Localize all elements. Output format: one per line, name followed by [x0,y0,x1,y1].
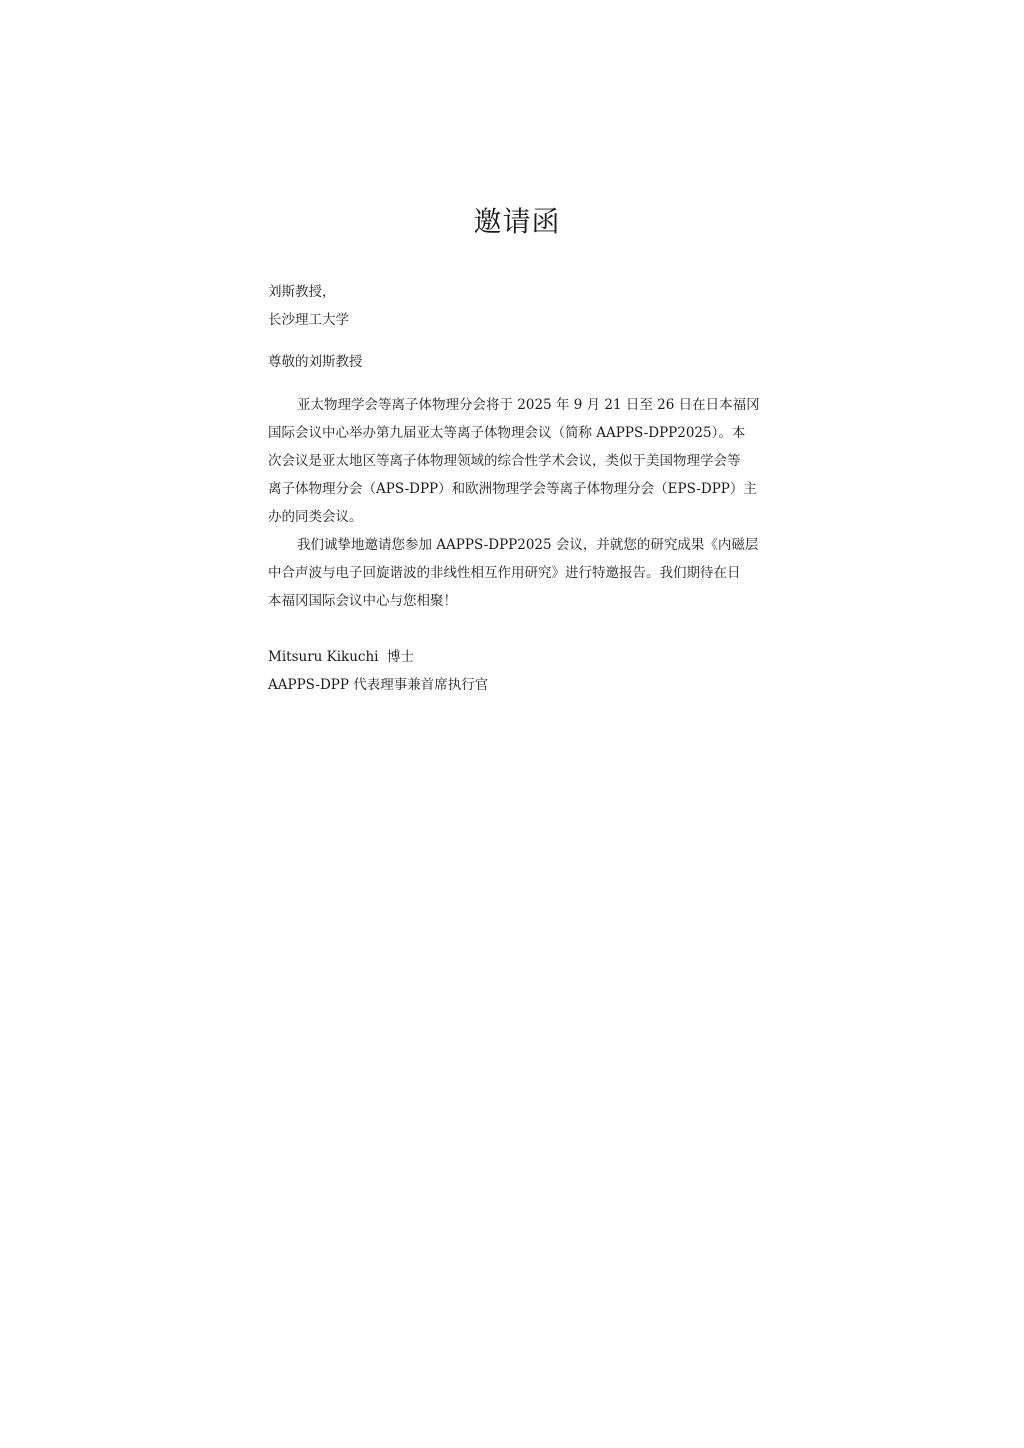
paragraph-line: 亚太物理学会等离子体物理分会将于 2025 年 9 月 21 日至 26 日在日… [268,391,768,419]
signatory-position: AAPPS-DPP 代表理事兼首席执行官 [268,671,768,699]
paragraph-line: 办的同类会议。 [268,503,768,531]
paragraph-line: 本福冈国际会议中心与您相聚！ [268,587,768,615]
signatory-name: Mitsuru Kikuchi 博士 [268,643,768,671]
paragraph-line: 我们诚挚地邀请您参加 AAPPS-DPP2025 会议，并就您的研究成果《内磁层 [268,531,768,559]
salutation-block: 尊敬的刘斯教授 [268,348,768,376]
paragraph-line: 离子体物理分会（APS-DPP）和欧洲物理学会等离子体物理分会（EPS-DPP）… [268,475,768,503]
recipient-block: 刘斯教授， 长沙理工大学 [268,278,768,334]
recipient-name: 刘斯教授， [268,278,768,306]
recipient-affiliation: 长沙理工大学 [268,306,768,334]
paragraph-line: 次会议是亚太地区等离子体物理领域的综合性学术会议，类似于美国物理学会等 [268,447,768,475]
body-paragraph-2: 我们诚挚地邀请您参加 AAPPS-DPP2025 会议，并就您的研究成果《内磁层… [268,531,768,615]
signature-block: Mitsuru Kikuchi 博士 AAPPS-DPP 代表理事兼首席执行官 [268,643,768,699]
paragraph-line: 中合声波与电子回旋谐波的非线性相互作用研究》进行特邀报告。我们期待在日 [268,559,768,587]
document-title: 邀请函 [0,203,1024,241]
salutation: 尊敬的刘斯教授 [268,348,768,376]
paragraph-line: 国际会议中心举办第九届亚太等离子体物理会议（简称 AAPPS-DPP2025）。… [268,419,768,447]
body-paragraph-1: 亚太物理学会等离子体物理分会将于 2025 年 9 月 21 日至 26 日在日… [268,391,768,531]
document-page: 邀请函 刘斯教授， 长沙理工大学 尊敬的刘斯教授 亚太物理学会等离子体物理分会将… [0,0,1024,1448]
